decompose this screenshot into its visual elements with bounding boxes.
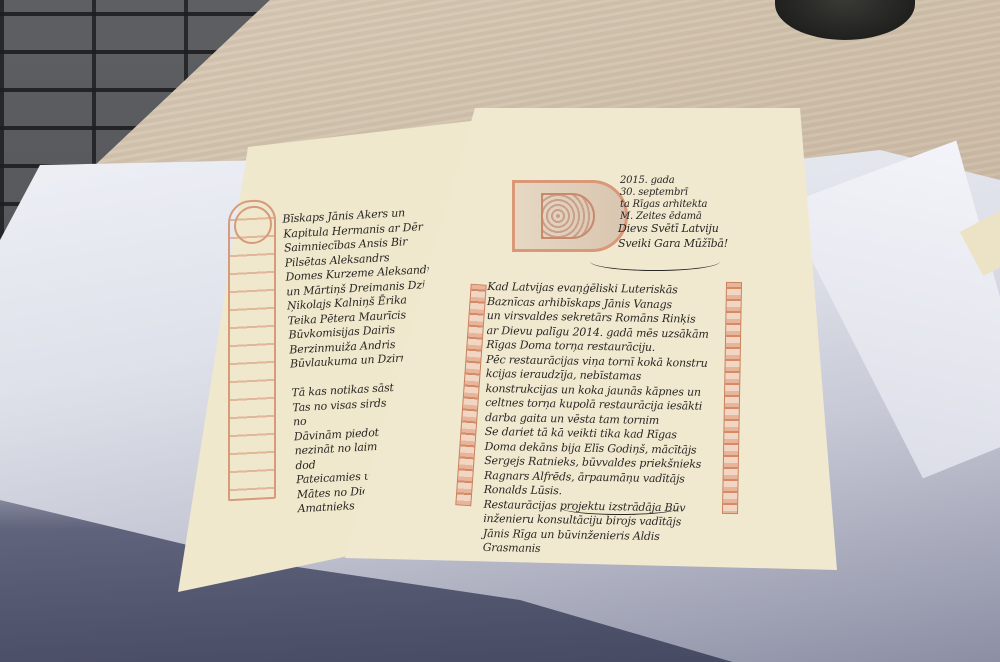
flourish-bottom	[560, 500, 680, 515]
column-ornament-icon	[228, 199, 276, 502]
photo-scene: Bīskaps Jānis Akers un Kapitula Hermanis…	[0, 0, 1000, 662]
dropcap-d-ornament	[512, 180, 628, 252]
flourish	[590, 252, 720, 271]
right-sheet-body: Kad Latvijas evaņģēliski Luteriskās Bazn…	[483, 280, 723, 560]
right-sheet-motto: Dievs Svētī Latviju Sveiki Gara Mūžībā!	[618, 222, 733, 251]
dropcap-pattern-icon	[541, 193, 595, 239]
right-sheet-header: 2015. gada 30. septembrī ta Rīgas arhite…	[620, 175, 730, 223]
